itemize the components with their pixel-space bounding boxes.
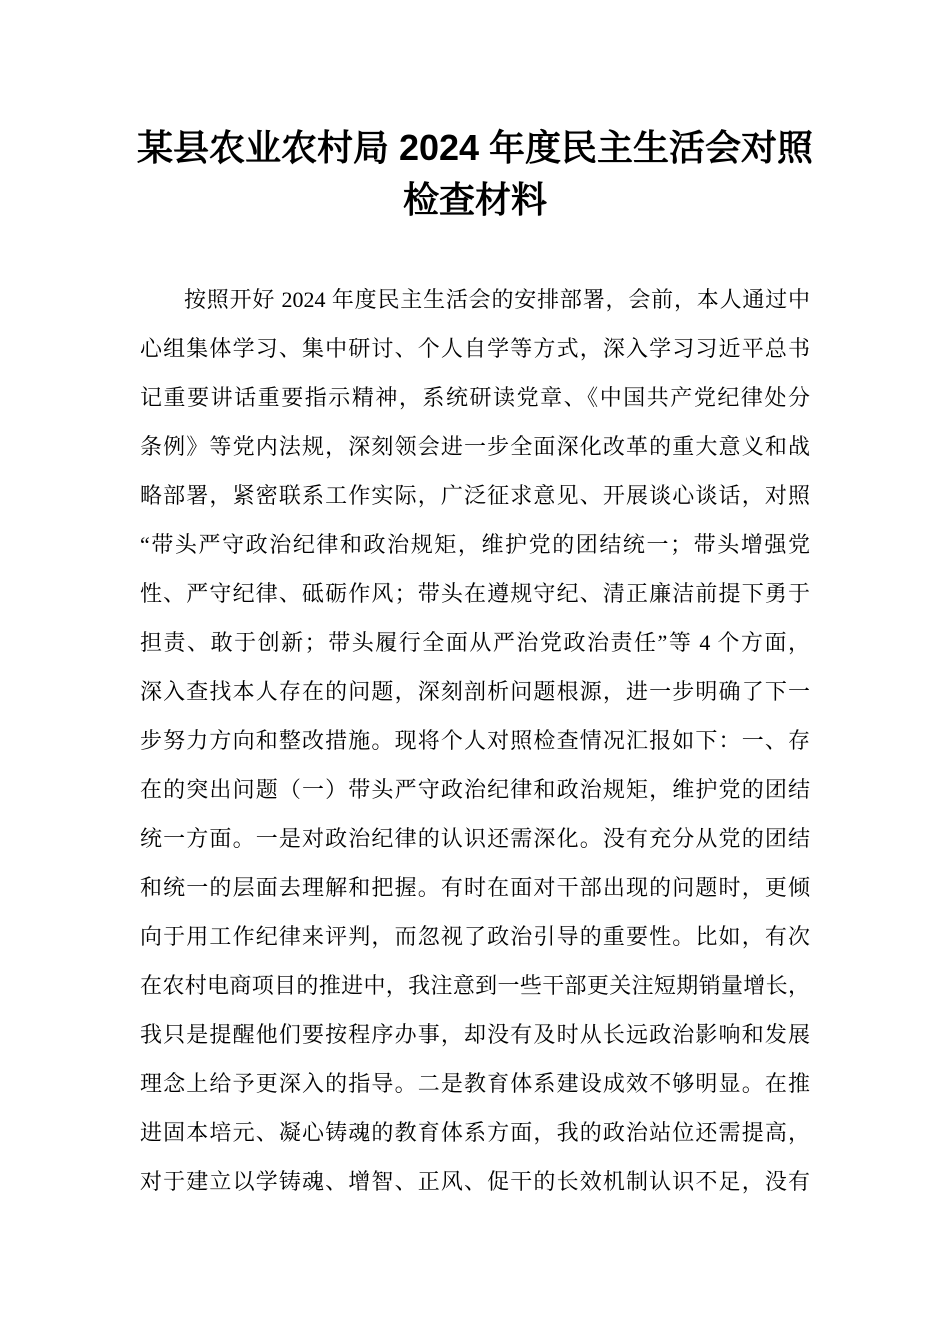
body-line: 记重要讲话重要指示精神，系统研读党章、《中国共产党纪律处分: [140, 373, 810, 422]
body-line: 统一方面。一是对政治纪律的认识还需深化。没有充分从党的团结: [140, 814, 810, 863]
document-body: 按照开好 2024 年度民主生活会的安排部署，会前，本人通过中 心组集体学习、集…: [140, 275, 810, 1206]
body-line: 我只是提醒他们要按程序办事，却没有及时从长远政治影响和发展: [140, 1010, 810, 1059]
title-line-1: 某县农业农村局 2024 年度民主生活会对照: [40, 122, 910, 174]
body-line: 担责、敢于创新；带头履行全面从严治党政治责任”等 4 个方面，: [140, 618, 810, 667]
body-line: 在农村电商项目的推进中，我注意到一些干部更关注短期销量增长，: [140, 961, 810, 1010]
body-line: 进固本培元、凝心铸魂的教育体系方面，我的政治站位还需提高，: [140, 1108, 810, 1157]
body-line: 心组集体学习、集中研讨、个人自学等方式，深入学习习近平总书: [140, 324, 810, 373]
body-line: 理念上给予更深入的指导。二是教育体系建设成效不够明显。在推: [140, 1059, 810, 1108]
title-line-2: 检查材料: [40, 174, 910, 226]
document-title: 某县农业农村局 2024 年度民主生活会对照 检查材料: [0, 0, 950, 226]
body-line: 在的突出问题（一）带头严守政治纪律和政治规矩，维护党的团结: [140, 765, 810, 814]
body-line: 按照开好 2024 年度民主生活会的安排部署，会前，本人通过中: [140, 275, 810, 324]
body-line: 对于建立以学铸魂、增智、正风、促干的长效机制认识不足，没有: [140, 1157, 810, 1206]
body-line: “带头严守政治纪律和政治规矩，维护党的团结统一；带头增强党: [140, 520, 810, 569]
body-line: 性、严守纪律、砥砺作风；带头在遵规守纪、清正廉洁前提下勇于: [140, 569, 810, 618]
body-line: 向于用工作纪律来评判，而忽视了政治引导的重要性。比如，有次: [140, 912, 810, 961]
body-line: 和统一的层面去理解和把握。有时在面对干部出现的问题时，更倾: [140, 863, 810, 912]
body-line: 深入查找本人存在的问题，深刻剖析问题根源，进一步明确了下一: [140, 667, 810, 716]
body-line: 步努力方向和整改措施。现将个人对照检查情况汇报如下：一、存: [140, 716, 810, 765]
body-line: 条例》等党内法规，深刻领会进一步全面深化改革的重大意义和战: [140, 422, 810, 471]
body-line: 略部署，紧密联系工作实际，广泛征求意见、开展谈心谈话，对照: [140, 471, 810, 520]
document-page: 某县农业农村局 2024 年度民主生活会对照 检查材料 按照开好 2024 年度…: [0, 0, 950, 1344]
